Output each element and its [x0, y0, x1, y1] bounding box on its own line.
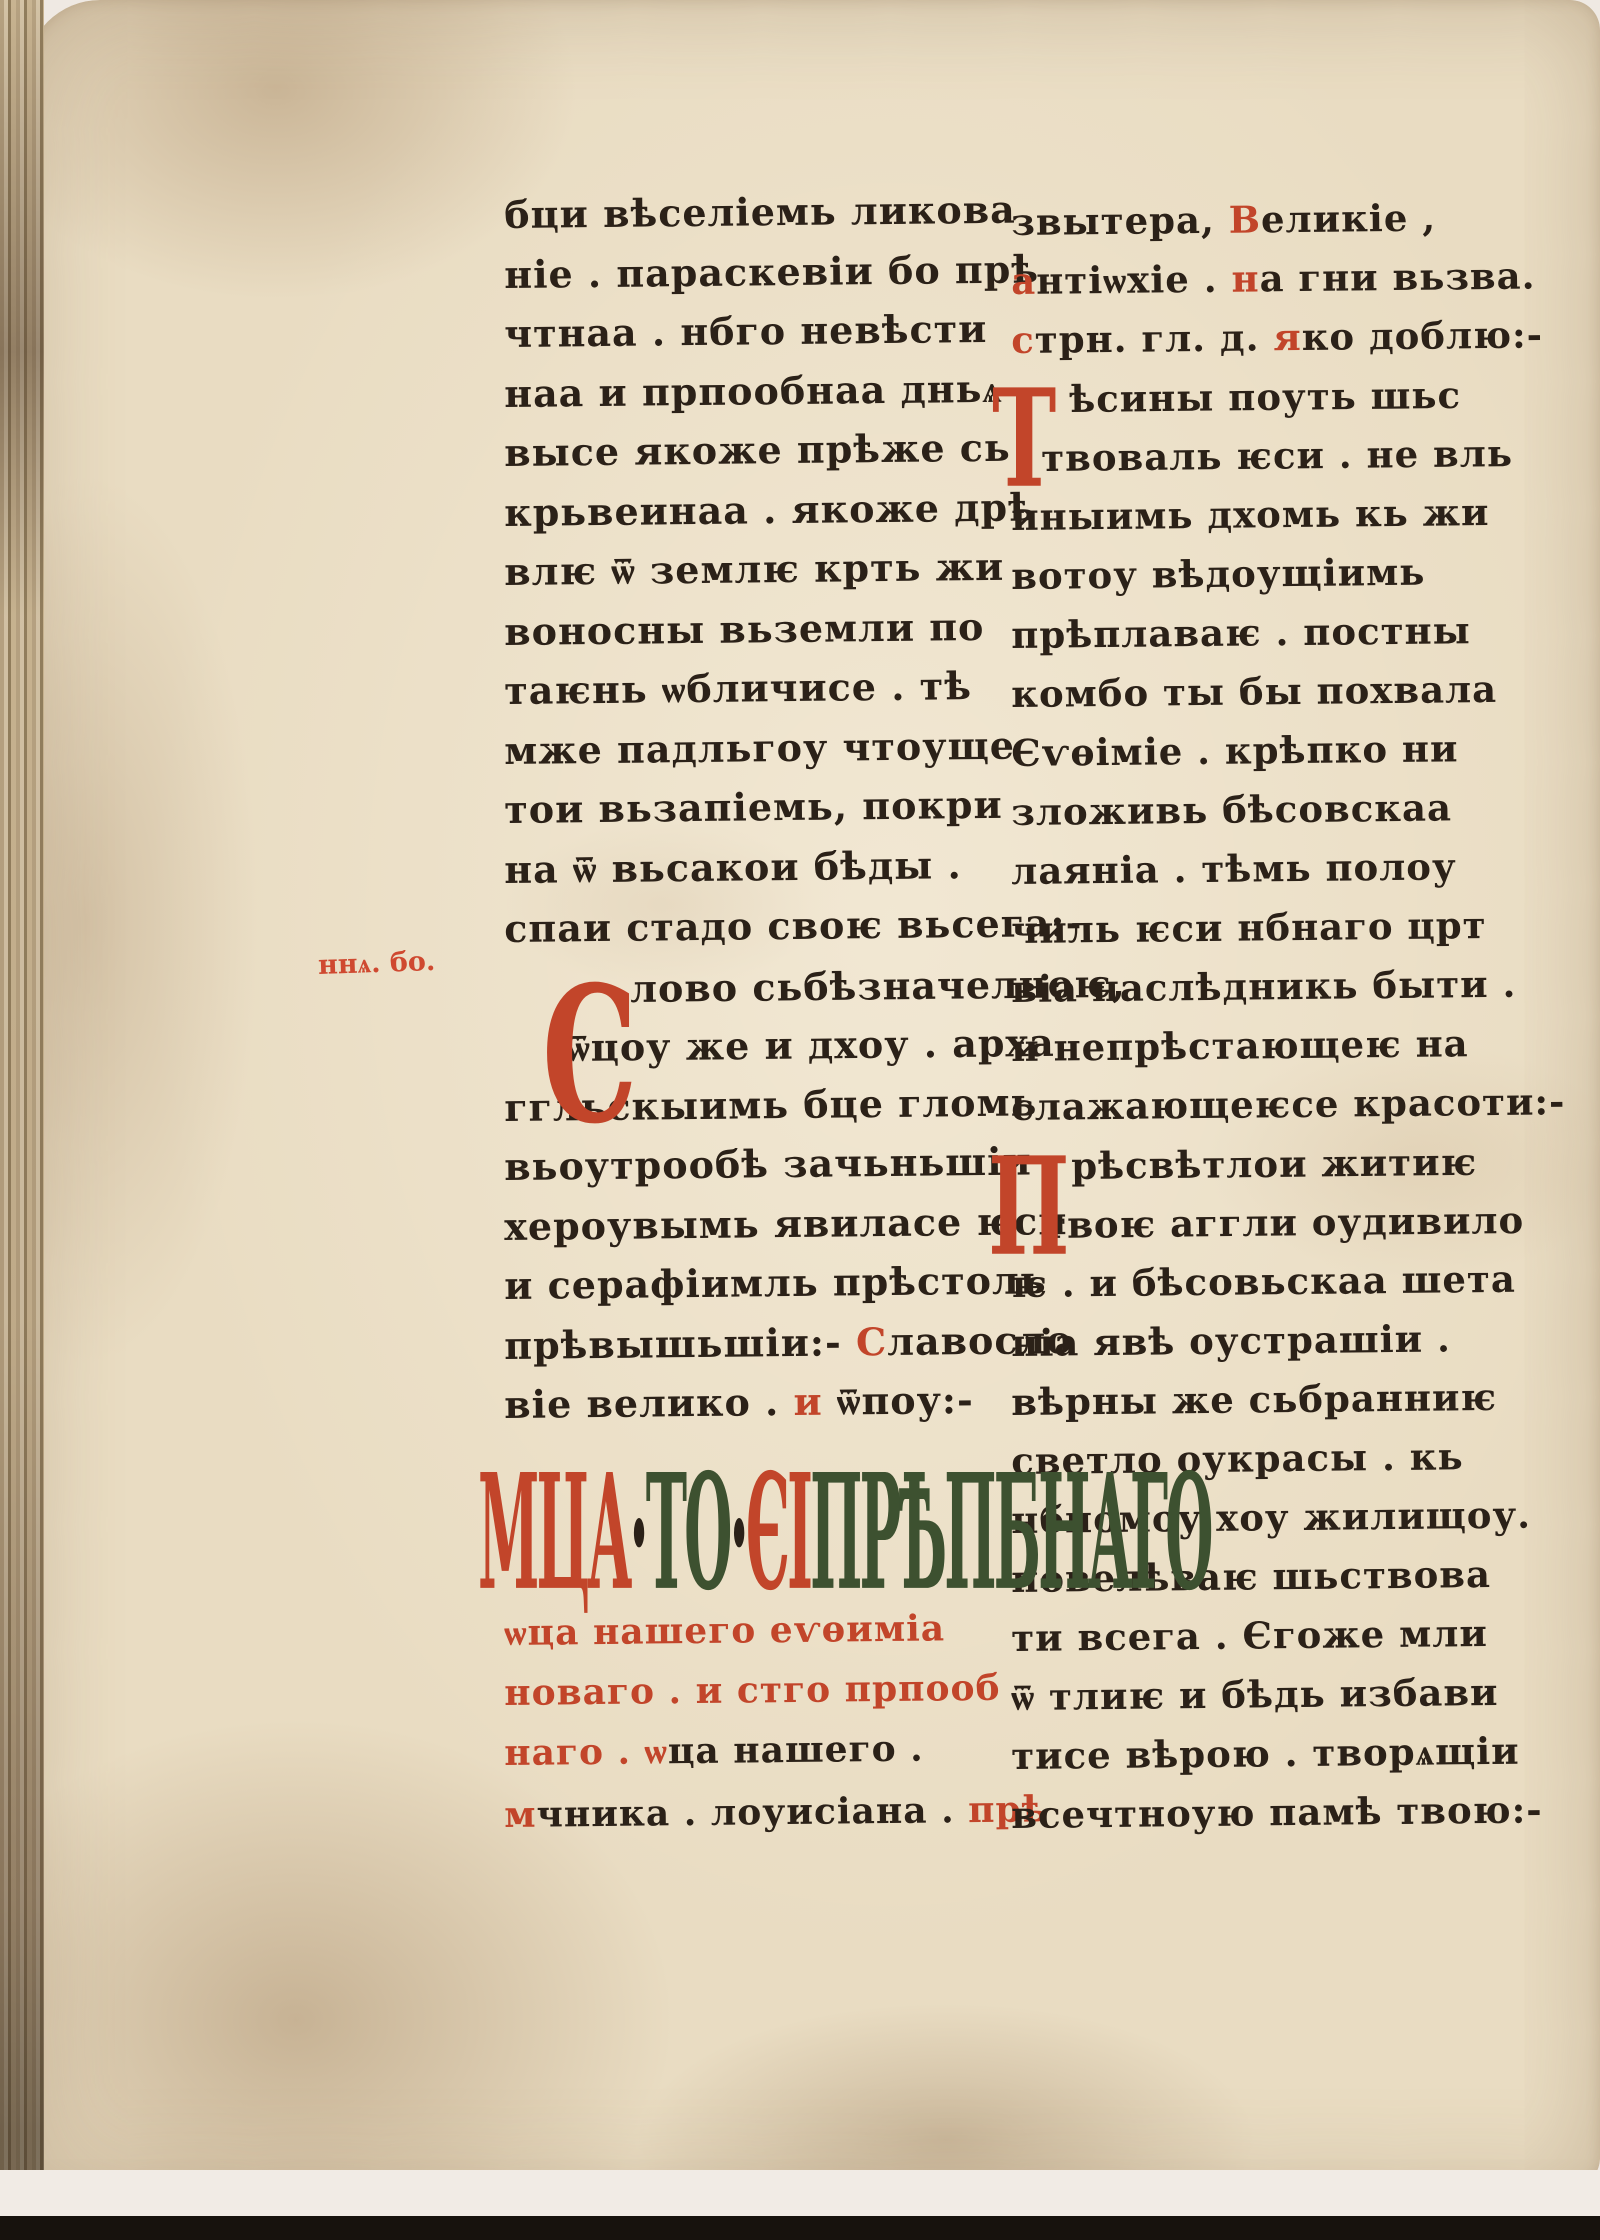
vyaz-letter: Н: [1038, 1440, 1087, 1627]
text-line: наа и прпообнаа дньѧ: [504, 366, 1003, 417]
text-run: таѥнь ѡбличисе . тѣ: [504, 663, 972, 713]
text-run: влѥ ѿ землѥ крть жи: [504, 544, 1004, 594]
text-run: прѣплаваѥ . постны: [1011, 608, 1471, 657]
text-run: тисе вѣрою . творѧщіи: [1011, 1729, 1520, 1778]
drop-cap-initial: Т: [992, 372, 1056, 507]
text-run: ѿцоу же и дхоу . арха: [566, 1020, 1055, 1070]
text-run: ѿ тлиѥ и бѣдь избави: [1011, 1670, 1499, 1719]
text-line: всечтноую памѣ твою:-: [1011, 1787, 1543, 1837]
text-line: стрн. гл. д. яко доблю:-: [1011, 312, 1543, 362]
text-line: Єѵѳіміе . крѣпко ни: [1011, 726, 1459, 775]
text-run: тои вьзапіемь, покри: [504, 782, 1003, 832]
text-run: иныимь дхомь кь жи: [1011, 490, 1490, 539]
text-run: бци вѣселіемь ликова: [504, 187, 1016, 237]
vyaz-letter: О: [684, 1440, 729, 1627]
text-line: спаи стадо своѥ вьсега:-: [504, 900, 1083, 951]
text-line: тои вьзапіемь, покри: [504, 782, 1003, 832]
text-line: мчника . лоуисіана . прѣ: [504, 1788, 1048, 1836]
text-run: и непрѣстающеѥ на: [1011, 1021, 1469, 1070]
text-run: лаяніа . тѣмь полоу: [1011, 844, 1457, 893]
text-line: и серафіимль прѣстоль: [504, 1257, 1047, 1308]
book-page-edges: [0, 0, 44, 2200]
text-run: віа наслѣдникь быти .: [1011, 962, 1517, 1011]
text-line: ніе . параскевіи бо прѣ: [504, 246, 1039, 297]
text-run: на ѿ вьсакои бѣды .: [504, 842, 962, 892]
text-line: влѥ ѿ землѥ крть жи: [504, 544, 1004, 595]
text-line: слажающеѥсе красоти:-: [1011, 1079, 1566, 1129]
text-line: твоѥ аггли оудивило: [1043, 1198, 1524, 1247]
text-run: и: [793, 1379, 823, 1424]
text-line: ѥ . и бѣсовьскаа шета: [1011, 1257, 1516, 1306]
text-run: ѣсины поуть шьс: [1069, 373, 1461, 421]
text-run: Єѵѳіміе . крѣпко ни: [1011, 726, 1459, 775]
text-run: ѥ . и бѣсовьскаа шета: [1011, 1257, 1516, 1306]
vyaz-letter: Ц: [536, 1440, 587, 1627]
text-run: ніе . параскевіи бо прѣ: [504, 246, 1039, 297]
text-line: новаго . и стго прпооб: [504, 1667, 1001, 1714]
text-run: чиль ѥси нбнаго црт: [1011, 903, 1487, 952]
text-run: вотоу вѣдоущіимь: [1011, 550, 1426, 598]
text-line: ѿцоу же и дхоу . арха: [566, 1020, 1055, 1071]
text-line: крьвеинаа . якоже дрѣ: [504, 484, 1036, 535]
text-line: вотоу вѣдоущіимь: [1011, 550, 1426, 598]
text-run: крьвеинаа . якоже дрѣ: [504, 484, 1036, 535]
text-line: чиль ѥси нбнаго црт: [1011, 903, 1487, 952]
text-run: твоваль ѥси . не вль: [1041, 431, 1513, 480]
vyaz-letter: М: [478, 1440, 536, 1627]
text-run: а гни вьзва.: [1259, 254, 1535, 301]
text-run: комбо ты бы похвала: [1011, 667, 1497, 716]
text-line: наго . ѡца нашего .: [504, 1728, 924, 1774]
text-run: высе якоже прѣже сь: [504, 425, 1011, 475]
text-run: чника . лоуисіана .: [536, 1789, 968, 1836]
text-run: рѣсвѣтлои житиѥ: [1071, 1140, 1477, 1188]
text-run: м: [504, 1794, 537, 1836]
text-line: мже падльгоу чтоуще: [504, 723, 1015, 773]
text-run: В: [1228, 197, 1261, 241]
text-run: нтіѡхіе .: [1036, 257, 1232, 303]
text-line: віе велико . и ѿпоу:-: [504, 1377, 974, 1428]
text-line: бци вѣселіемь ликова: [504, 187, 1016, 237]
text-run: твоѥ аггли оудивило: [1043, 1198, 1524, 1247]
vyaz-letter: Є: [746, 1440, 787, 1627]
vyaz-letter: ·: [729, 1440, 745, 1627]
text-line: лаяніа . тѣмь полоу: [1011, 844, 1457, 893]
text-line: рѣсвѣтлои житиѥ: [1071, 1140, 1477, 1188]
section-title-vyaz: МЦА·ТО·ЄІПРѢПБНАГО: [478, 1448, 1211, 1634]
text-run: а: [1011, 259, 1036, 303]
photo-background-strip: [0, 2216, 1600, 2240]
vyaz-letter: Г: [1130, 1440, 1165, 1627]
text-line: ѿ тлиѥ и бѣдь избави: [1011, 1670, 1499, 1720]
text-run: звытера,: [1011, 198, 1229, 244]
text-run: спаи стадо своѥ вьсега:-: [504, 900, 1083, 951]
vyaz-letter: А: [587, 1440, 629, 1627]
vyaz-letter: О: [1165, 1440, 1210, 1627]
vyaz-letter: Р: [859, 1440, 898, 1627]
text-run: зложивь бѣсовскаа: [1011, 785, 1452, 834]
text-line: на ѿ вьсакои бѣды .: [504, 842, 962, 893]
text-line: зложивь бѣсовскаа: [1011, 785, 1452, 834]
text-line: вѣрны же сьбранниѥ: [1011, 1375, 1497, 1424]
text-line: твоваль ѥси . не вль: [1041, 431, 1513, 480]
manuscript-page: бци вѣселіемь ликованіе . параскевіи бо …: [26, 0, 1600, 2188]
vyaz-letter: Т: [646, 1440, 684, 1627]
text-run: ніа явѣ оустрашіи .: [1011, 1316, 1451, 1365]
text-run: ца нашего .: [668, 1728, 924, 1773]
vyaz-letter: А: [1088, 1440, 1130, 1627]
text-run: ко доблю:-: [1301, 312, 1543, 359]
text-run: трн. гл. д.: [1035, 315, 1274, 361]
text-run: віе велико .: [504, 1379, 794, 1427]
text-run: мже падльгоу чтоуще: [504, 723, 1015, 773]
vyaz-letter: П: [810, 1440, 859, 1627]
manuscript-photo: бци вѣселіемь ликованіе . параскевіи бо …: [0, 0, 1600, 2240]
text-line: прѣвышьшіи:- Славосло: [504, 1317, 1073, 1368]
text-run: н: [1231, 256, 1260, 300]
vyaz-letter: Ѣ: [898, 1440, 944, 1627]
text-line: высе якоже прѣже сь: [504, 425, 1011, 475]
text-run: и серафіимль прѣстоль: [504, 1257, 1047, 1308]
text-run: наго . ѡ: [504, 1730, 668, 1774]
text-run: новаго . и стго прпооб: [504, 1667, 1001, 1714]
drop-cap-initial: С: [542, 962, 638, 1150]
text-line: віа наслѣдникь быти .: [1011, 962, 1517, 1011]
text-line: ніа явѣ оустрашіи .: [1011, 1316, 1451, 1365]
text-run: вѣрны же сьбранниѥ: [1011, 1375, 1497, 1424]
text-line: тисе вѣрою . творѧщіи: [1011, 1729, 1520, 1779]
text-line: звытера, Великіе ,: [1011, 196, 1436, 244]
text-run: всечтноую памѣ твою:-: [1011, 1787, 1543, 1837]
text-line: антіѡхіе . на гни вьзва.: [1011, 254, 1536, 304]
text-line: иныимь дхомь кь жи: [1011, 490, 1490, 539]
text-line: чтнаа . нбго невѣсти: [504, 306, 988, 356]
text-line: и непрѣстающеѥ на: [1011, 1021, 1469, 1070]
text-run: наа и прпообнаа дньѧ: [504, 366, 1003, 416]
text-run: чтнаа . нбго невѣсти: [504, 306, 988, 356]
vyaz-letter: І: [787, 1440, 810, 1627]
text-line: таѥнь ѡбличисе . тѣ: [504, 663, 972, 714]
text-run: я: [1273, 315, 1302, 359]
vyaz-letter: П: [944, 1440, 993, 1627]
text-run: еликіе ,: [1261, 196, 1437, 242]
vyaz-letter: ·: [629, 1440, 645, 1627]
text-run: с: [1011, 318, 1035, 362]
text-run: воносны вьземли по: [504, 604, 985, 654]
drop-cap-initial: П: [988, 1140, 1070, 1275]
text-run: С: [856, 1319, 888, 1364]
text-run: ѿпоу:-: [822, 1377, 973, 1424]
text-run: слажающеѥсе красоти:-: [1011, 1079, 1566, 1129]
text-line: ѣсины поуть шьс: [1069, 373, 1461, 421]
text-line: прѣплаваѥ . постны: [1011, 608, 1471, 657]
text-line: воносны вьземли по: [504, 604, 985, 654]
marginal-rubric-note: ннѧ. бо.: [317, 946, 435, 981]
text-line: комбо ты бы похвала: [1011, 667, 1497, 716]
text-run: прѣвышьшіи:-: [504, 1319, 856, 1368]
vyaz-letter: Б: [994, 1440, 1038, 1627]
